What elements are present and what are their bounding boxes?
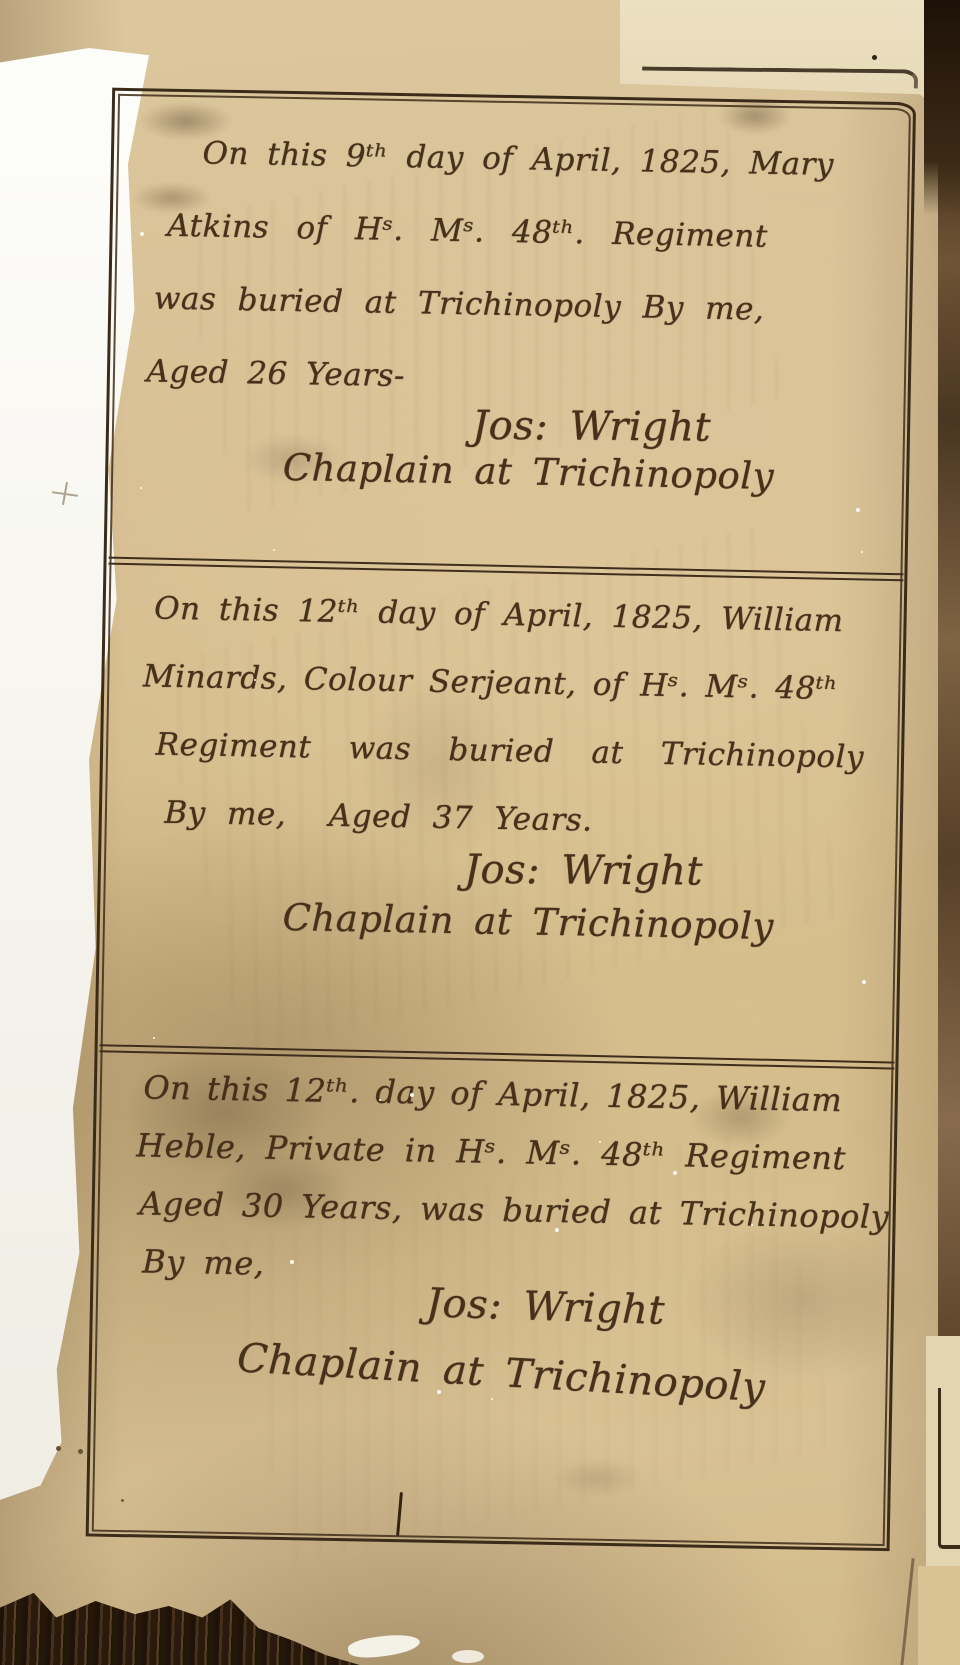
ink-dot [872,55,877,60]
torn-paper-gap [452,1650,484,1663]
chaplain-title: Chaplain at Trichinopoly [282,446,928,500]
burial-entry-mary-atkins: On this 9ᵗʰ day of April, 1825, Mary Atk… [139,116,934,564]
burial-entry-william-heble: On this 12ᵗʰ. day of April, 1825, Willia… [121,1058,916,1534]
chaplain-title: Chaplain at Trichinopoly [282,896,920,950]
ink-dots [56,1446,61,1451]
torn-paper-gap [347,1631,421,1661]
backing-page-border-line [642,67,918,89]
entry-line: Atkins of Hˢ. Mˢ. 48ᵗʰ. Regiment [145,189,933,276]
pencil-cross-mark [52,482,78,506]
chaplain-signature: Jos: Wright [471,402,928,452]
chaplain-signature: Jos: Wright [463,846,920,896]
adjacent-page-frame-line [938,1388,960,1549]
photographed-register-page: On this 9ᵗʰ day of April, 1825, Mary Atk… [0,0,960,1665]
ruled-entry-frame: On this 9ᵗʰ day of April, 1825, Mary Atk… [86,88,916,1551]
entry-line: On this 9ᵗʰ day of April, 1825, Mary [146,116,934,203]
adjacent-page-edge [918,1566,960,1665]
ruled-entry-frame-inner-line: On this 9ᵗʰ day of April, 1825, Mary Atk… [91,93,910,1545]
page-edge-shadow [900,1558,914,1665]
burial-entry-william-minards: On this 12ᵗʰ day of April, 1825, William… [130,574,925,1050]
chaplain-title: Chaplain at Trichinopoly [235,1335,912,1419]
entry-line: was buried at Trichinopoly By me, [143,262,931,349]
